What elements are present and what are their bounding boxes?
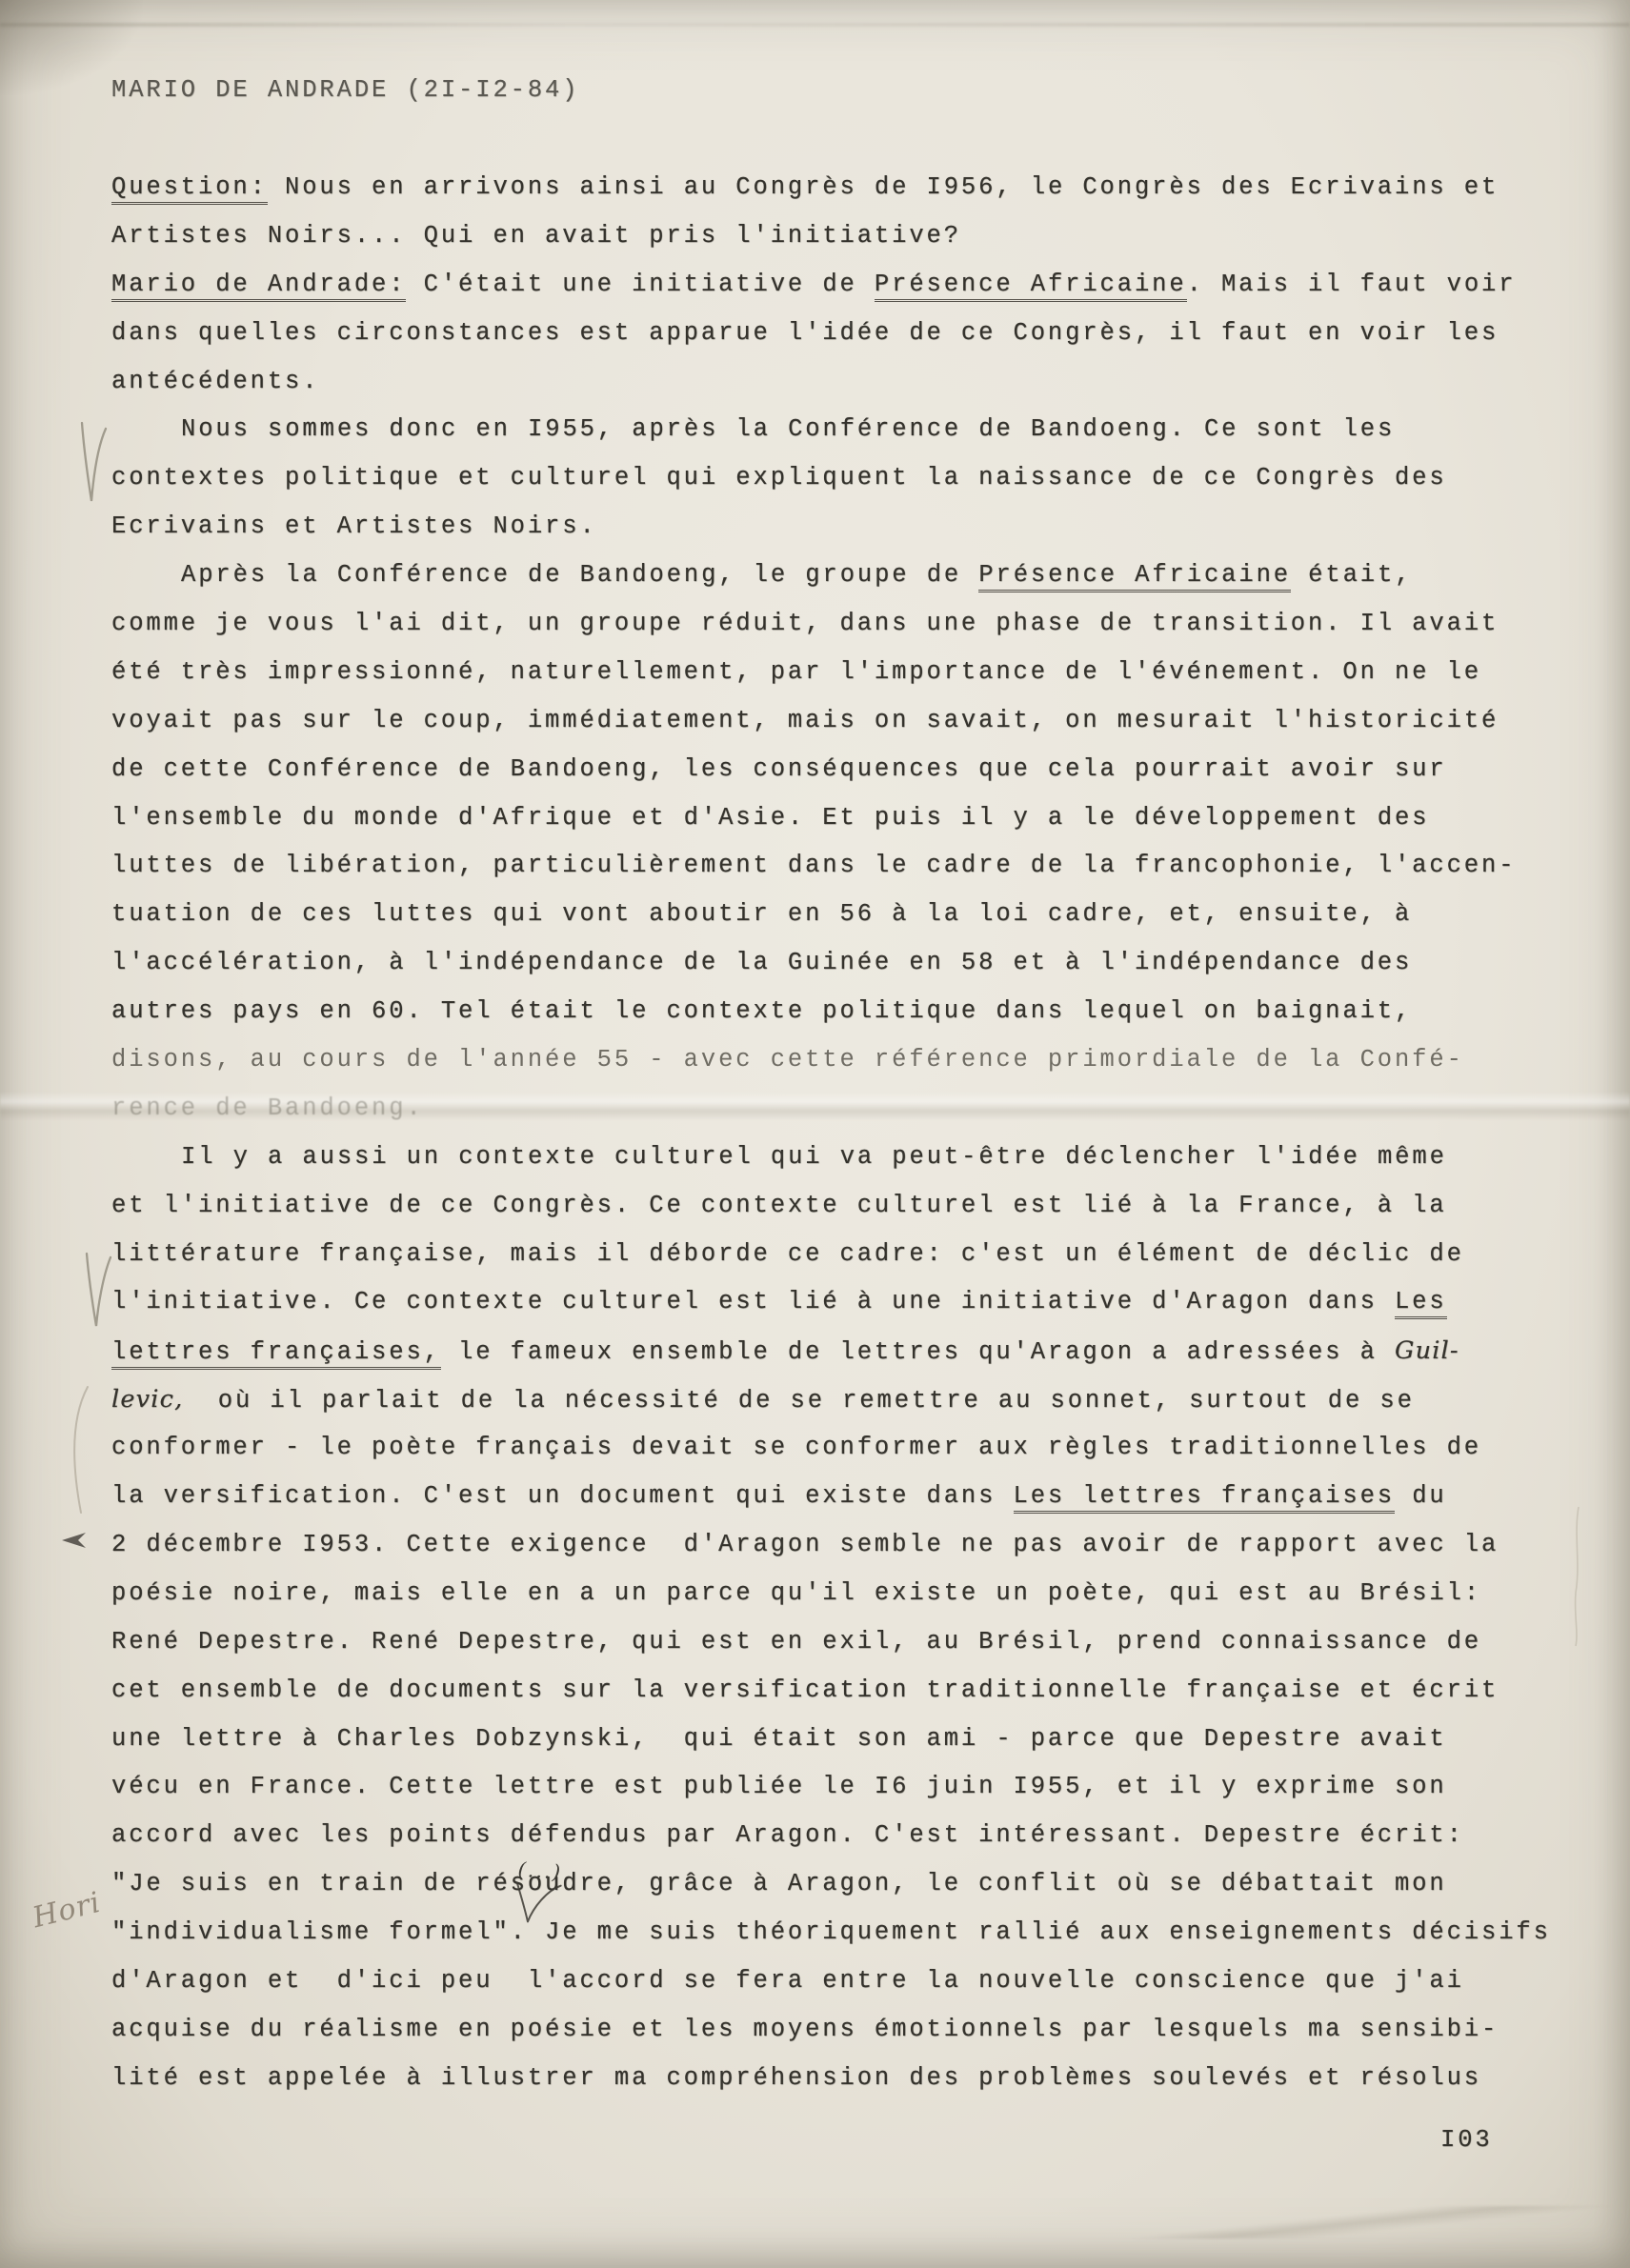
typed-line: "individualisme formel". Je me suis théo… [111, 1909, 1598, 1957]
typed-text: Artistes Noirs... Qui en avait pris l'in… [111, 222, 961, 250]
typed-text: conformer - le poète français devait se … [111, 1434, 1481, 1461]
typed-text: . Mais il faut voir [1187, 271, 1517, 298]
typed-line: et l'initiative de ce Congrès. Ce contex… [111, 1182, 1598, 1231]
typed-line: tuation de ces luttes qui vont aboutir e… [111, 891, 1598, 939]
page-number: I03 [1440, 2126, 1493, 2154]
pencil-squiggle-icon [1570, 1505, 1585, 1653]
typed-line: "Je suis en train de résoudre, grâce à A… [111, 1860, 1598, 1909]
typed-line: Il y a aussi un contexte culturel qui va… [111, 1134, 1598, 1182]
underlined-text: lettres françaises, [111, 1338, 441, 1370]
insertion-mark: (...) [509, 1857, 567, 1931]
typed-line: Ecrivains et Artistes Noirs. [111, 503, 1598, 552]
top-crease [0, 23, 1630, 27]
typed-line: Après la Conférence de Bandoeng, le grou… [111, 552, 1598, 600]
typed-line: René Depestre. René Depestre, qui est en… [111, 1618, 1598, 1667]
typed-text: la versification. C'est un document qui … [111, 1482, 1014, 1510]
typed-text: voyait pas sur le coup, immédiatement, m… [111, 707, 1499, 734]
typed-line: une lettre à Charles Dobzynski, qui étai… [111, 1716, 1598, 1764]
typed-line: lité est appelée à illustrer ma compréhe… [111, 2055, 1598, 2103]
margin-arrow-icon [55, 1526, 90, 1559]
typed-text: vécu en France. Cette lettre est publiée… [111, 1773, 1447, 1800]
handwritten-style-text: Guil- [1395, 1336, 1459, 1365]
typed-line: l'accélération, à l'indépendance de la G… [111, 939, 1598, 988]
typed-line: la versification. C'est un document qui … [111, 1473, 1598, 1521]
typed-line: disons, au cours de l'année 55 - avec ce… [111, 1036, 1598, 1085]
typed-line: Question: Nous en arrivons ainsi au Cong… [111, 164, 1598, 212]
typed-line: comme je vous l'ai dit, un groupe réduit… [111, 600, 1598, 649]
typed-text: contextes politique et culturel qui expl… [111, 464, 1447, 492]
handwritten-style-text: levic, [111, 1385, 183, 1414]
typed-text: Après la Conférence de Bandoeng, le grou… [181, 561, 978, 589]
typed-text: le fameux ensemble de lettres qu'Aragon … [441, 1338, 1395, 1366]
typed-text: dans quelles circonstances est apparue l… [111, 319, 1499, 347]
typed-text: l'accélération, à l'indépendance de la G… [111, 949, 1412, 976]
typed-text: l'ensemble du monde d'Afrique et d'Asie.… [111, 804, 1429, 832]
typed-text: et l'initiative de ce Congrès. Ce contex… [111, 1192, 1447, 1219]
typed-text: disons, au cours de l'année 55 - avec ce… [111, 1046, 1464, 1074]
typed-text: lité est appelée à illustrer ma compréhe… [111, 2064, 1481, 2092]
underlined-text: Mario de Andrade: [111, 271, 406, 302]
typed-line: Mario de Andrade: C'était une initiative… [111, 261, 1598, 310]
typed-text: "Je suis en train de résoudre, grâce à A… [111, 1870, 1447, 1897]
typed-text: antécédents. [111, 368, 319, 395]
typed-line: été très impressionné, naturellement, pa… [111, 649, 1598, 697]
typed-line: acquise du réalisme en poésie et les moy… [111, 2006, 1598, 2055]
typed-line: contextes politique et culturel qui expl… [111, 454, 1598, 503]
typed-text: 2 décembre I953. Cette exigence d'Aragon… [111, 1531, 1499, 1558]
typed-text: luttes de libération, particulièrement d… [111, 852, 1516, 879]
insertion-text: (...) [517, 1858, 567, 1884]
typed-line: l'initiative. Ce contexte culturel est l… [111, 1278, 1598, 1327]
typed-text: Nous sommes donc en I955, après la Confé… [181, 415, 1395, 443]
typed-line: Nous sommes donc en I955, après la Confé… [111, 406, 1598, 454]
typed-line: rence de Bandoeng. [111, 1085, 1598, 1134]
typed-text: Il y a aussi un contexte culturel qui va… [181, 1143, 1447, 1171]
typed-text: rence de Bandoeng. [111, 1094, 424, 1122]
typed-line: accord avec les points défendus par Arag… [111, 1812, 1598, 1860]
typed-text: du [1395, 1482, 1447, 1510]
typed-text: tuation de ces luttes qui vont aboutir e… [111, 900, 1412, 928]
pencil-paren-mark-icon [67, 1383, 91, 1521]
typed-line: antécédents. [111, 358, 1598, 407]
typed-line: autres pays en 60. Tel était le contexte… [111, 988, 1598, 1036]
typed-text: l'initiative. Ce contexte culturel est l… [111, 1288, 1395, 1315]
scanned-page: MARIO DE ANDRADE (2I-I2-84) Question: No… [0, 0, 1630, 2268]
typed-line: dans quelles circonstances est apparue l… [111, 310, 1598, 358]
typed-line: vécu en France. Cette lettre est publiée… [111, 1763, 1598, 1812]
typed-text: acquise du réalisme en poésie et les moy… [111, 2016, 1499, 2043]
pencil-checkmark-icon [74, 419, 112, 512]
margin-handwriting: Hori [30, 1886, 104, 1935]
typed-line: cet ensemble de documents sur la versifi… [111, 1667, 1598, 1716]
underlined-text: Les [1395, 1288, 1447, 1319]
typed-text: autres pays en 60. Tel était le contexte… [111, 997, 1412, 1025]
typed-text: Ecrivains et Artistes Noirs. [111, 512, 597, 540]
underlined-text: Question: [111, 173, 268, 205]
typed-text: littérature française, mais il déborde c… [111, 1240, 1464, 1268]
typed-line: voyait pas sur le coup, immédiatement, m… [111, 697, 1598, 746]
typed-text: comme je vous l'ai dit, un groupe réduit… [111, 610, 1499, 637]
insertion-caret-icon [509, 1880, 565, 1926]
typed-text: d'Aragon et d'ici peu l'accord se fera e… [111, 1967, 1464, 1995]
pencil-checkmark-icon [80, 1250, 118, 1336]
typed-line: conformer - le poète français devait se … [111, 1424, 1598, 1473]
typed-text: accord avec les points défendus par Arag… [111, 1821, 1464, 1849]
typed-text: poésie noire, mais elle en a un parce qu… [111, 1579, 1481, 1607]
typed-line: levic, où il parlait de la nécessité de … [111, 1375, 1598, 1424]
typed-text: où il parlait de la nécessité de se reme… [183, 1387, 1414, 1415]
typed-line: l'ensemble du monde d'Afrique et d'Asie.… [111, 794, 1598, 843]
typed-line: poésie noire, mais elle en a un parce qu… [111, 1570, 1598, 1618]
typed-text: cet ensemble de documents sur la versifi… [111, 1676, 1499, 1704]
typed-line: Artistes Noirs... Qui en avait pris l'in… [111, 212, 1598, 261]
typed-text: une lettre à Charles Dobzynski, qui étai… [111, 1725, 1447, 1753]
typed-line: de cette Conférence de Bandoeng, les con… [111, 746, 1598, 794]
typed-line: luttes de libération, particulièrement d… [111, 842, 1598, 891]
bottom-crease [1096, 2206, 1630, 2238]
typed-text: René Depestre. René Depestre, qui est en… [111, 1628, 1481, 1656]
typed-text: "individualisme formel". Je me suis théo… [111, 1918, 1551, 1946]
typed-lines: Question: Nous en arrivons ainsi au Cong… [111, 164, 1598, 2103]
typed-text: était, [1291, 561, 1412, 589]
typed-text: Nous en arrivons ainsi au Congrès de I95… [268, 173, 1499, 201]
typed-line: d'Aragon et d'ici peu l'accord se fera e… [111, 1957, 1598, 2006]
document-title: MARIO DE ANDRADE (2I-I2-84) [111, 76, 579, 104]
underlined-text: Présence Africaine [875, 271, 1187, 302]
underlined-text: Présence Africaine [978, 561, 1291, 592]
typed-text: C'était une initiative de [406, 271, 874, 298]
typed-text: de cette Conférence de Bandoeng, les con… [111, 755, 1447, 783]
typed-line: 2 décembre I953. Cette exigence d'Aragon… [111, 1521, 1598, 1570]
typed-line: lettres françaises, le fameux ensemble d… [111, 1327, 1598, 1375]
typed-line: littérature française, mais il déborde c… [111, 1231, 1598, 1279]
underlined-text: Les lettres françaises [1014, 1482, 1395, 1514]
typed-text: été très impressionné, naturellement, pa… [111, 658, 1481, 686]
